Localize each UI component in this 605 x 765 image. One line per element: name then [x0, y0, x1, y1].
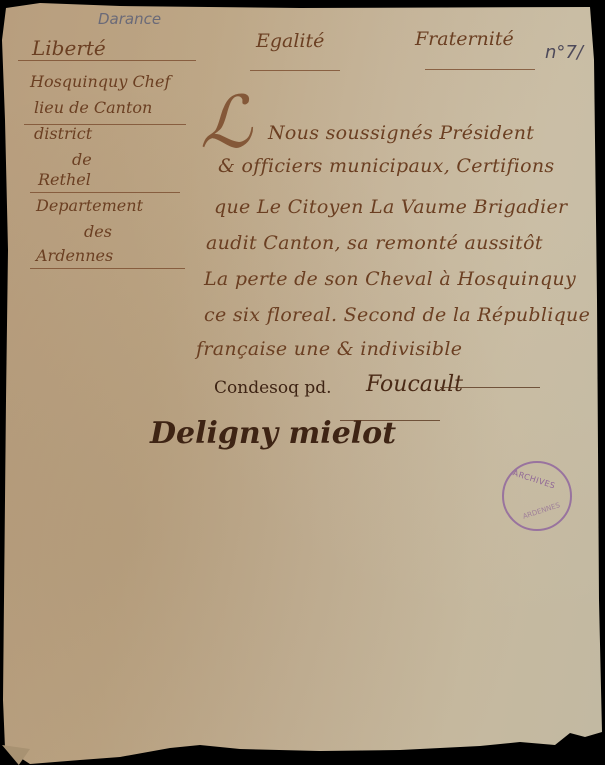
folio-number: n°7/ [545, 42, 583, 63]
divider [250, 70, 340, 71]
decorative-initial-flourish: ℒ [200, 80, 252, 164]
address-line: district [34, 124, 92, 143]
address-line: de [72, 150, 92, 169]
signature-flourish [340, 420, 440, 421]
body-line: La perte de son Cheval à Hosquinquy [204, 268, 576, 290]
address-line: Rethel [38, 170, 91, 189]
signature-main: Deligny mielot [150, 416, 396, 451]
body-line: audit Canton, sa remonté aussitôt [206, 232, 543, 254]
address-line: Departement [36, 196, 143, 215]
body-line: Nous soussignés Président [268, 122, 534, 144]
signature-secretary: Condesoq pd. [214, 378, 332, 398]
motto-fraternite: Fraternité [415, 28, 514, 50]
address-line: des [84, 222, 112, 241]
archives-stamp: ARCHIVES ARDENNES [502, 461, 572, 531]
motto-liberte: Liberté [32, 36, 106, 60]
signature-flourish [440, 387, 540, 388]
body-line: française une & indivisible [196, 338, 462, 360]
divider [425, 69, 535, 70]
body-line: ce six floreal. Second de la République [204, 304, 590, 326]
pencil-annotation: Darance [98, 10, 161, 28]
motto-egalite: Egalité [256, 30, 324, 52]
address-line: Ardennes [36, 246, 113, 265]
stamp-text: ARCHIVES [512, 468, 557, 490]
divider [30, 192, 180, 193]
address-line: lieu de Canton [34, 98, 152, 117]
stamp-text: ARDENNES [522, 501, 561, 521]
divider [18, 60, 196, 61]
signature-foucault: Foucault [366, 372, 463, 397]
address-line: Hosquinquy Chef [30, 72, 170, 91]
divider [30, 268, 185, 269]
body-line: que Le Citoyen La Vaume Brigadier [214, 196, 567, 218]
body-line: & officiers municipaux, Certifions [218, 155, 554, 177]
